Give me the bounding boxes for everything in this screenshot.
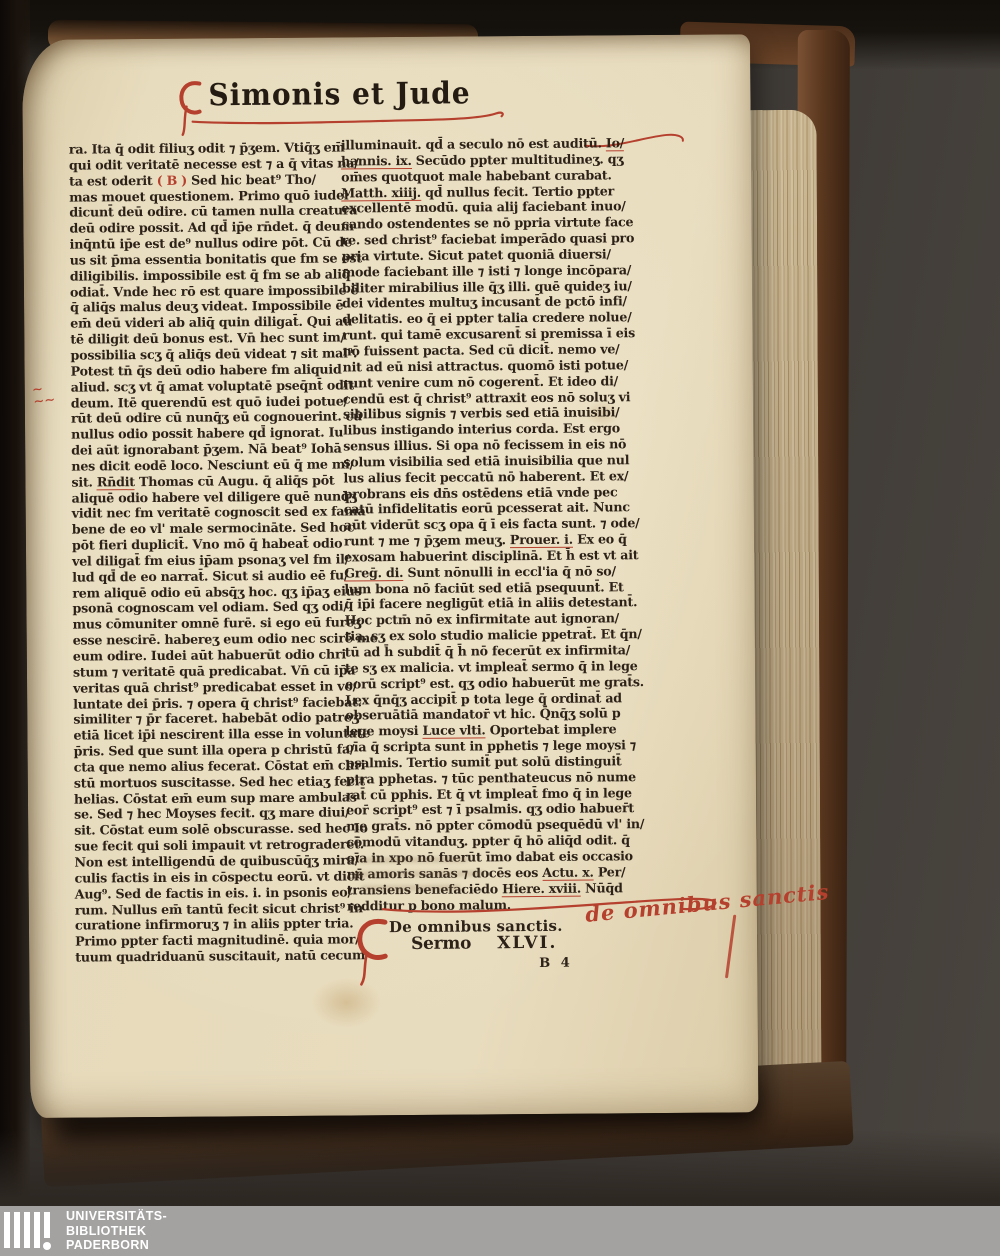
manuscript-annotation-tail: [725, 915, 736, 979]
show-through-text: [355, 870, 485, 877]
text-line: nes dicit eodē loco. Nesciunt eū q̄ me m…: [71, 456, 347, 474]
text-line: vel diligat̄ fm eius ip̄am psonaʒ vel fm…: [72, 551, 348, 569]
text-column-right: illuminauit. qd̄ a seculo nō est auditū.…: [341, 135, 636, 973]
text-line: stum ⁊ veritatē quā predicabat. Vn̄ cū i…: [73, 662, 349, 680]
text-line: sit. Rn̄dit Thomas cū Augu. q̄ aliq̄s pō…: [71, 472, 347, 490]
text-line: ptra pphetas. ⁊ tūc penthateucus nō nume: [346, 769, 634, 787]
library-watermark-bar: UNIVERSITÄTS- BIBLIOTHEK PADERBORN: [0, 1206, 1000, 1256]
logo-bar: [34, 1212, 40, 1248]
text-line: Non est intelligendū de quibuscūq̄ʒ mira…: [74, 852, 350, 870]
library-name-line: PADERBORN: [66, 1238, 167, 1253]
manuscript-page: Simonis et Jude ∼ ∼∼ ra. Ita q̄ odit fil…: [22, 34, 758, 1118]
sermo-number: XLVI.: [497, 933, 557, 953]
text-line: stū mortuos suscitasse. Sed hec etiaʒ fe…: [74, 773, 350, 791]
running-title: Simonis et Jude: [208, 75, 470, 113]
text-line: pria virtute. Sicut patet quoniā diuersi…: [342, 246, 630, 264]
sermo-label: Sermo: [411, 934, 471, 954]
text-line: Aug⁹. Sed de factis in eis. i. in psonis…: [75, 884, 351, 902]
logo-bar: [4, 1212, 10, 1248]
sermon-heading-block: De omnibus sanctis. SermoXLVI. B 4: [347, 919, 635, 974]
text-line: psalmis. Tertio sumit̄ put solū distingu…: [346, 753, 634, 771]
paderborn-library-logo-icon: [4, 1212, 54, 1250]
text-line: diligibilis. impossibile est q̄ fm se ab…: [70, 266, 346, 284]
text-line: aliud. scʒ vt q̄ amat voluptatē pseq̄nt̄…: [71, 377, 347, 395]
margin-mark: ∼∼: [33, 395, 56, 409]
sermon-number-line: SermoXLVI.: [389, 935, 635, 953]
quire-signature: B 4: [389, 955, 635, 973]
text-line: eorū script⁹ est. qʒ odio habuerūt me gr…: [345, 674, 633, 692]
text-column-left: ra. Ita q̄ odit filiuʒ odit ⁊ p̄ʒem. Vti…: [69, 139, 351, 965]
text-line: ra. Ita q̄ odit filiuʒ odit ⁊ p̄ʒem. Vti…: [69, 139, 345, 157]
library-name-line: BIBLIOTHEK: [66, 1224, 167, 1239]
rubric-pilcrow-icon: [355, 916, 390, 986]
text-line: veritas quā christ⁹ predicabat esset in …: [73, 678, 349, 696]
text-line: culis factis in eis in cōspectu eorū. vt…: [75, 868, 351, 886]
text-line: cta que nemo alius fecerat. Cōstat em̄ c…: [74, 757, 350, 775]
text-line: om̄es quotquot male habebant curabat.: [341, 167, 629, 185]
text-line: solum visibilia sed etiā inuisibilia que…: [343, 452, 631, 470]
text-line: eum odire. Iudei aūt habuerūt odio chri: [73, 646, 349, 664]
library-name: UNIVERSITÄTS- BIBLIOTHEK PADERBORN: [66, 1209, 167, 1253]
text-line: mode faciebant ille ⁊ isti ⁊ longe incōp…: [342, 262, 630, 280]
text-line: lud qd̄ de eo narrat̄. Sicut si audio eē…: [72, 567, 348, 585]
library-name-line: UNIVERSITÄTS-: [66, 1209, 167, 1224]
text-line: Greḡ. di. Sunt nōnulli in eccl'ia q̄ nō …: [344, 563, 632, 581]
show-through-text: [358, 857, 468, 864]
text-line: nit ad eū nisi attractus. quomō isti pot…: [343, 357, 631, 375]
column-right-lines: illuminauit. qd̄ a seculo nō est auditū.…: [341, 135, 635, 914]
text-line: us sit p̄ma essentia bonitatis que fm se…: [70, 250, 346, 268]
text-line: ta est oderit ( B ) Sed hic beat⁹ Tho/: [69, 171, 345, 189]
show-through-text: [361, 885, 461, 892]
logo-bar: [14, 1212, 20, 1248]
text-line: runt venire cum nō cogerent̄. Et ideo di…: [343, 373, 631, 391]
text-line: tuum quadriduanū suscitauit, natū cecum: [75, 947, 351, 965]
rubric-underline-flourish: [191, 110, 507, 128]
text-line: te sʒ ex malicia. vt impleat̄ sermo q̄ i…: [345, 658, 633, 676]
rubric-margin-marks: ∼ ∼∼: [32, 383, 56, 409]
text-line: qui odit veritatē necesse est ⁊ a q̄ vit…: [69, 155, 345, 173]
logo-bar: [24, 1212, 30, 1248]
logo-bar-exclamation: [44, 1212, 50, 1238]
text-line: Potest tn̄ q̄s deū odio habere fm aliqui…: [71, 361, 347, 379]
text-line: possibilia scʒ q̄ aliq̄s deū videat ⁊ si…: [70, 345, 346, 363]
text-line: lus alius fecit peccatū nō haberent. Et …: [343, 468, 631, 486]
text-line: hannis. ix. Secūdo ppter multitudineʒ. q…: [341, 151, 629, 169]
